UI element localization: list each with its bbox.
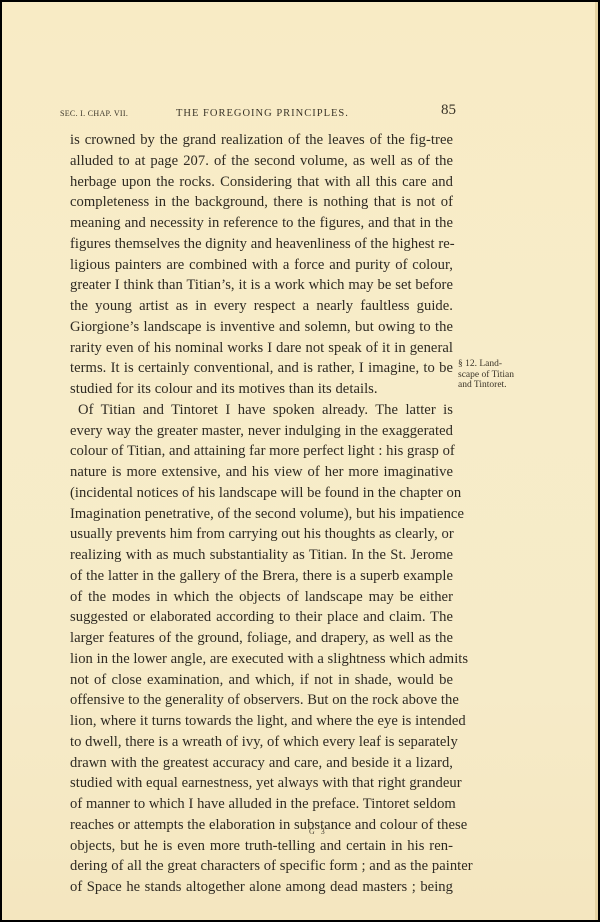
text-line: is crowned by the grand realization of t… [70,130,453,151]
marginal-note-line: § 12. Land- [458,359,548,370]
text-line: meaning and necessity in reference to th… [70,213,453,234]
text-line: of the modes in which the objects of lan… [70,587,453,608]
text-line: the young artist as in every respect a n… [70,296,453,317]
text-line: of manner to which I have alluded in the… [70,794,453,815]
body-text: is crowned by the grand realization of t… [70,130,453,898]
text-line: Imagination penetrative, of the second v… [70,504,453,525]
text-line: nature is more extensive, and his view o… [70,462,453,483]
text-line: realizing with as much substantiality as… [70,545,453,566]
text-line: greater I think than Titian’s, it is a w… [70,275,453,296]
text-line: colour of Titian, and attaining far more… [70,441,453,462]
text-line: every way the greater master, never indu… [70,421,453,442]
text-line: alluded to at page 207. of the second vo… [70,151,453,172]
text-line: drawn with the greatest accuracy and car… [70,753,453,774]
running-head: SEC. I. CHAP. VII. THE FOREGOING PRINCIP… [60,102,456,122]
text-line: of Space he stands altogether alone amon… [70,877,453,898]
text-line: of the latter in the gallery of the Brer… [70,566,453,587]
book-page: SEC. I. CHAP. VII. THE FOREGOING PRINCIP… [2,2,598,920]
text-line: ligious painters are combined with a for… [70,255,453,276]
text-line: objects, but he is even more truth-telli… [70,836,453,857]
text-line: larger features of the ground, foliage, … [70,628,453,649]
text-line: dering of all the great characters of sp… [70,856,453,877]
text-line: offensive to the generality of observers… [70,690,453,711]
text-line: not of close examination, and which, if … [70,670,453,691]
running-head-section: SEC. I. CHAP. VII. [60,109,128,118]
text-line: rarity even of his nominal works I dare … [70,338,453,359]
text-line: studied with equal earnestness, yet alwa… [70,773,453,794]
text-line: herbage upon the rocks. Considering that… [70,172,453,193]
signature-mark: G 3 [309,827,327,836]
text-line: completeness in the background, there is… [70,192,453,213]
text-line: reaches or attempts the elaboration in s… [70,815,453,836]
text-line: usually prevents him from carrying out h… [70,524,453,545]
text-line: lion, where it turns towards the light, … [70,711,453,732]
text-line: Giorgione’s landscape is inventive and s… [70,317,453,338]
marginal-note: § 12. Land- scape of Titian and Tintoret… [458,359,548,391]
text-line: lion in the lower angle, are executed wi… [70,649,453,670]
text-line: figures themselves the dignity and heave… [70,234,453,255]
text-line: studied for its colour and its motives t… [70,379,453,400]
page-number: 85 [441,102,456,119]
marginal-note-line: scape of Titian [458,370,548,381]
text-line: to dwell, there is a wreath of ivy, of w… [70,732,453,753]
text-line: (incidental notices of his landscape wil… [70,483,453,504]
running-head-title: THE FOREGOING PRINCIPLES. [176,108,349,119]
text-line: suggested or elaborated according to the… [70,607,453,628]
marginal-note-line: and Tintoret. [458,380,548,391]
paragraph-start-line: Of Titian and Tintoret I have spoken alr… [70,400,453,421]
text-line: terms. It is certainly conventional, and… [70,358,453,379]
